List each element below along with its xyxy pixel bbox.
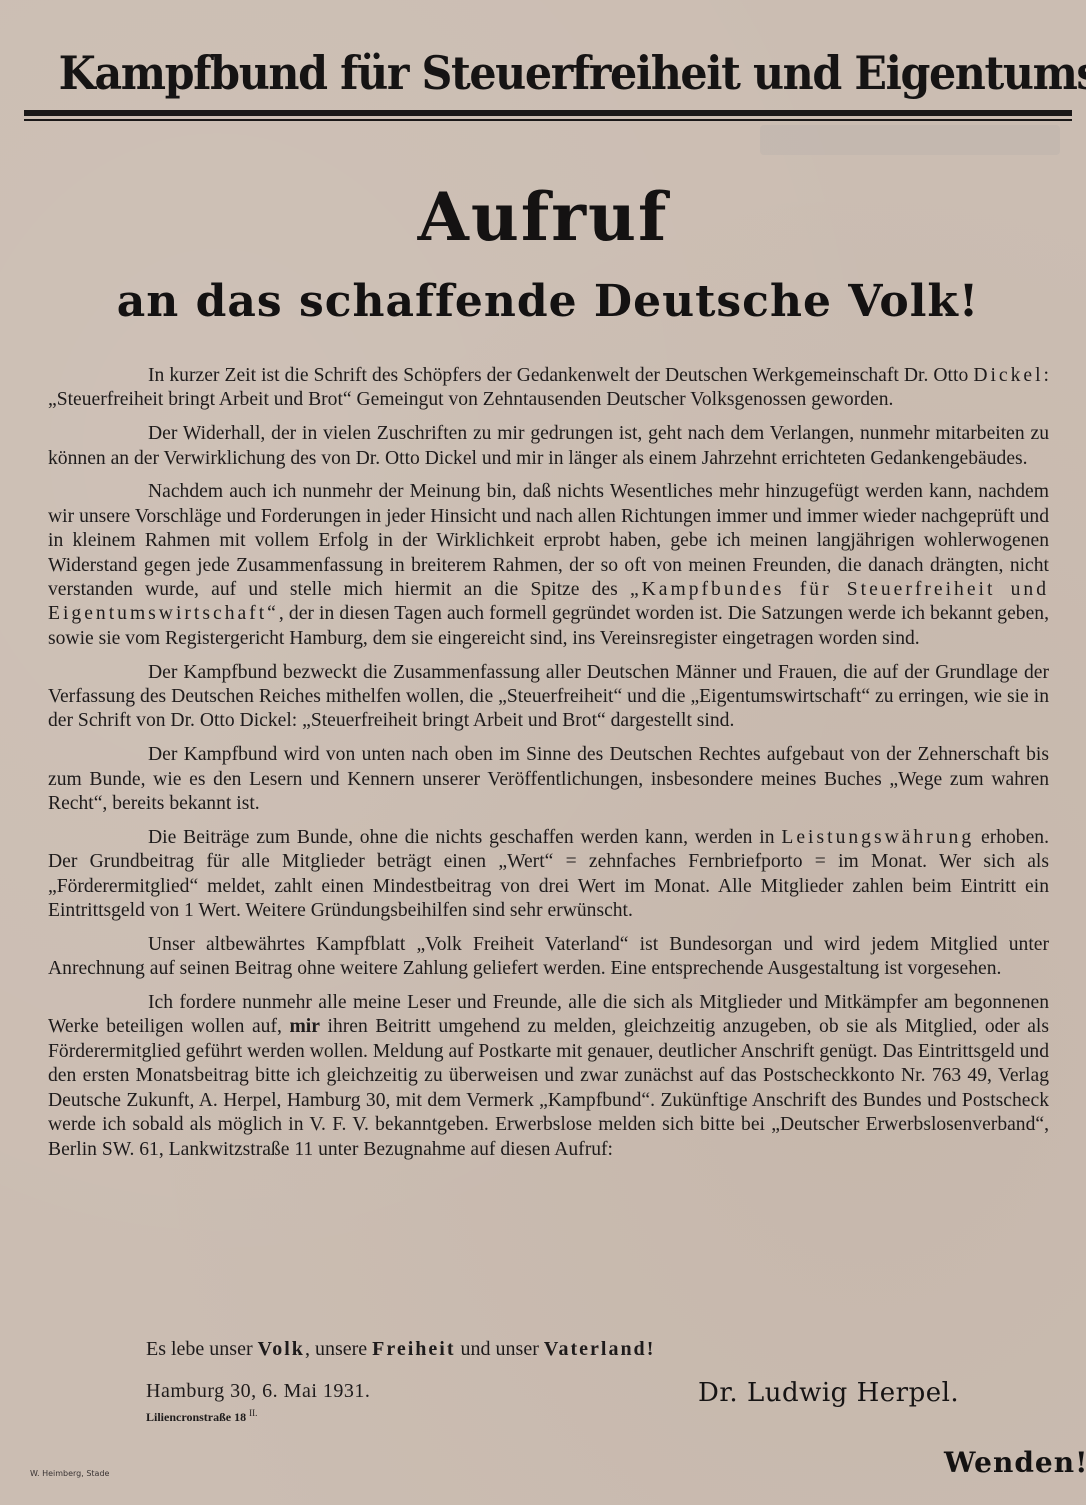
text-segment: Der Kampfbund bezweckt die Zusammenfassu… (48, 662, 1049, 732)
slogan-text: und unser (456, 1338, 544, 1360)
body-paragraph: In kurzer Zeit ist die Schrift des Schöp… (48, 364, 1049, 413)
slogan-highlight: Vaterland (544, 1338, 647, 1360)
bleed-through-mark (760, 125, 1060, 155)
emphasis-strong: mir (289, 1016, 319, 1037)
emphasis-spaced: Leistungswährung (781, 827, 974, 848)
page-subtitle: an das schaffende Deutsche Volk! (0, 270, 1086, 334)
slogan-text: , unsere (305, 1338, 372, 1360)
printer-imprint: W. Heimberg, Stade (30, 1469, 109, 1479)
signature: Dr. Ludwig Herpel. (698, 1376, 959, 1410)
address-street: Liliencronstraße 18 (146, 1410, 246, 1424)
flyer-page: Kampfbund für Steuerfreiheit und Eigentu… (0, 0, 1086, 1505)
text-segment: Die Beiträge zum Bunde, ohne die nichts … (148, 827, 781, 848)
closing-slogan: Es lebe unser Volk, unsere Freiheit und … (146, 1335, 655, 1363)
header-rule-thin (24, 119, 1072, 121)
emphasis-spaced: Dickel (973, 365, 1043, 386)
place-and-date: Hamburg 30, 6. Mai 1931. (146, 1378, 370, 1404)
text-segment: Der Widerhall, der in vielen Zuschriften… (48, 423, 1049, 468)
text-segment: In kurzer Zeit ist die Schrift des Schöp… (148, 365, 973, 386)
turn-over-note: Wenden! (944, 1445, 1086, 1481)
address-floor: II. (249, 1408, 257, 1418)
body-paragraph: Die Beiträge zum Bunde, ohne die nichts … (48, 826, 1049, 924)
body-paragraph: Der Widerhall, der in vielen Zuschriften… (48, 422, 1049, 471)
sender-address: Liliencronstraße 18 II. (146, 1405, 257, 1425)
slogan-highlight: ! (647, 1338, 656, 1360)
body-paragraph: Der Kampfbund wird von unten nach oben i… (48, 743, 1049, 816)
page-title: Aufruf (0, 175, 1086, 259)
appeal-body: In kurzer Zeit ist die Schrift des Schöp… (48, 364, 1049, 1171)
slogan-highlight: Freiheit (372, 1338, 455, 1360)
organization-header: Kampfbund für Steuerfreiheit und Eigentu… (59, 44, 1034, 102)
header-rule-thick (24, 110, 1072, 116)
body-paragraph: Unser altbewährtes Kampfblatt „Volk Frei… (48, 933, 1049, 982)
text-segment: Unser altbewährtes Kampfblatt „Volk Frei… (48, 934, 1049, 979)
body-paragraph: Ich fordere nunmehr alle meine Leser und… (48, 991, 1049, 1162)
text-segment: Der Kampfbund wird von unten nach oben i… (48, 744, 1049, 814)
body-paragraph: Der Kampfbund bezweckt die Zusammenfassu… (48, 661, 1049, 734)
slogan-text: Es lebe unser (146, 1338, 258, 1360)
body-paragraph: Nachdem auch ich nunmehr der Meinung bin… (48, 480, 1049, 651)
slogan-highlight: Volk (258, 1338, 305, 1360)
text-segment: ihren Beitritt umgehend zu melden, gleic… (48, 1016, 1049, 1159)
